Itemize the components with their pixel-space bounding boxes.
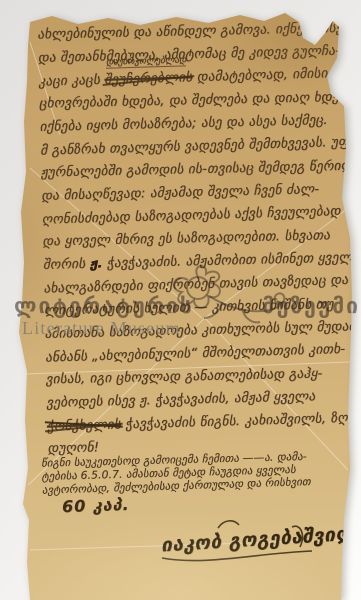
handwriting-line: კაცი კაცს დაუბრკოლებლადშეუჩერებლის დამატ… [38,62,355,94]
letter-body: ახლებინულის და აწინდელ გამოვა. იქნება ის… [37,16,361,461]
handwriting-line: მ განზრახ თვალყურს ვადევნებ შემთხვევას. … [40,131,357,163]
paper-crease-lines [0,0,361,600]
inserted-word: დაუბრკოლებლად [106,56,187,68]
manuscript-paper: ახლებინულის და აწინდელ გამოვა. იქნება ის… [0,0,361,600]
handwriting-line: წიგნი საუკეთესოდ გამოიცემა ჩემითა ——ა. დ… [41,450,351,471]
signature: იაკობ გოგებაშვილი. [160,524,341,557]
signature-flourish [0,0,361,600]
line-text: შორის [43,257,90,273]
handwriting-line: ანბანს „ახლებინულის“ მშობელთათვის კითხ- [45,337,361,369]
overwritten-initial: ჟ. [90,256,103,271]
handwriting-line: ახლებინულის და აწინდელ გამოვა. იქნება ის… [37,17,353,47]
manuscript-photo: ახლებინულის და აწინდელ გამოვა. იქნება ის… [0,0,361,600]
handwriting-line: შორის ჟ. ჭავჭავაძის. ამჟამობით ისმინეთ ყ… [43,246,359,277]
handwriting-line: და მისაღწევად: ამჟამად შველა ჩვენ ძალ- [41,177,357,208]
handwriting-line: ჭონჭხელის ჭავჭავაძის წიგნს. კახიაშვილს, … [47,406,361,438]
handwriting-line: ცხოვრებაში ხდება, და შეძლება და დიაღ ხდე… [39,86,355,116]
handwriting-line: ახალგაზრდები ფიქრობენ თავის თავზედაც და [43,269,360,301]
handwriting-line: ვისას, იგი ცხოვლად განათლებისად გაჰყ- [45,362,361,392]
handwriting-line: ვებოდეს ისევ ჟ. ჭავჭავაძის, ამჟამ ყველა [46,384,361,415]
line-text: დამატებლად, იმისი [192,66,328,85]
handwriting-line: ტებისა 6.5.0.7. ამასთან მეტად ჩაუგდია ყვ… [41,462,351,483]
handwriting-line: ღონისძიებად საზოგადოებას აქვს ჩვეულებად [41,200,358,232]
handwriting-line: ამისთანა საზოგადოება კითხულობს სულ მუდამ [44,315,360,346]
handwriting-line: იქნება იყოს მოსაზრება; ასე და ასეა საქმე… [39,108,355,139]
handwriting-line: ჟურნალებში გამოდის ის-თვისაც შემდეგ წერი… [40,155,356,185]
paper-shadow: ახლებინულის და აწინდელ გამოვა. იქნება ის… [0,0,361,600]
letter-postscript: წიგნი საუკეთესოდ გამოიცემა ჩემითა ——ა. დ… [41,449,352,496]
handwriting-line: ლიტერატურის ხელით — კითხვის ნიშანს თუ [44,293,360,323]
strikethrough-word: ჭონჭხელის [47,413,122,438]
handwriting-line: ავტორობად, შეძლებისად ქართულად და რისხვი… [42,474,352,497]
handwriting-line: და შეთანხმებულა, ამიტომაც მე კიდევ გულჩა… [38,39,354,70]
line-text: კაცი კაცს [38,73,104,90]
handwriting-line: დუღონ! [47,431,361,461]
line-text: ჭავჭავაძის წიგნს. კახიაშვილს, ზღვნ- [121,410,361,432]
price-note: 60 კაპ. [62,495,130,516]
handwriting-line: და ყოველ მხრივ ეს საზოგადოებით. სხვათა [42,224,358,254]
corrected-word: დაუბრკოლებლადშეუჩერებლის [104,66,193,92]
line-text: ჭავჭავაძის. ამჟამობით ისმინეთ ყველამ [102,250,361,271]
strikethrough-word: შეუჩერებლის [104,66,193,92]
